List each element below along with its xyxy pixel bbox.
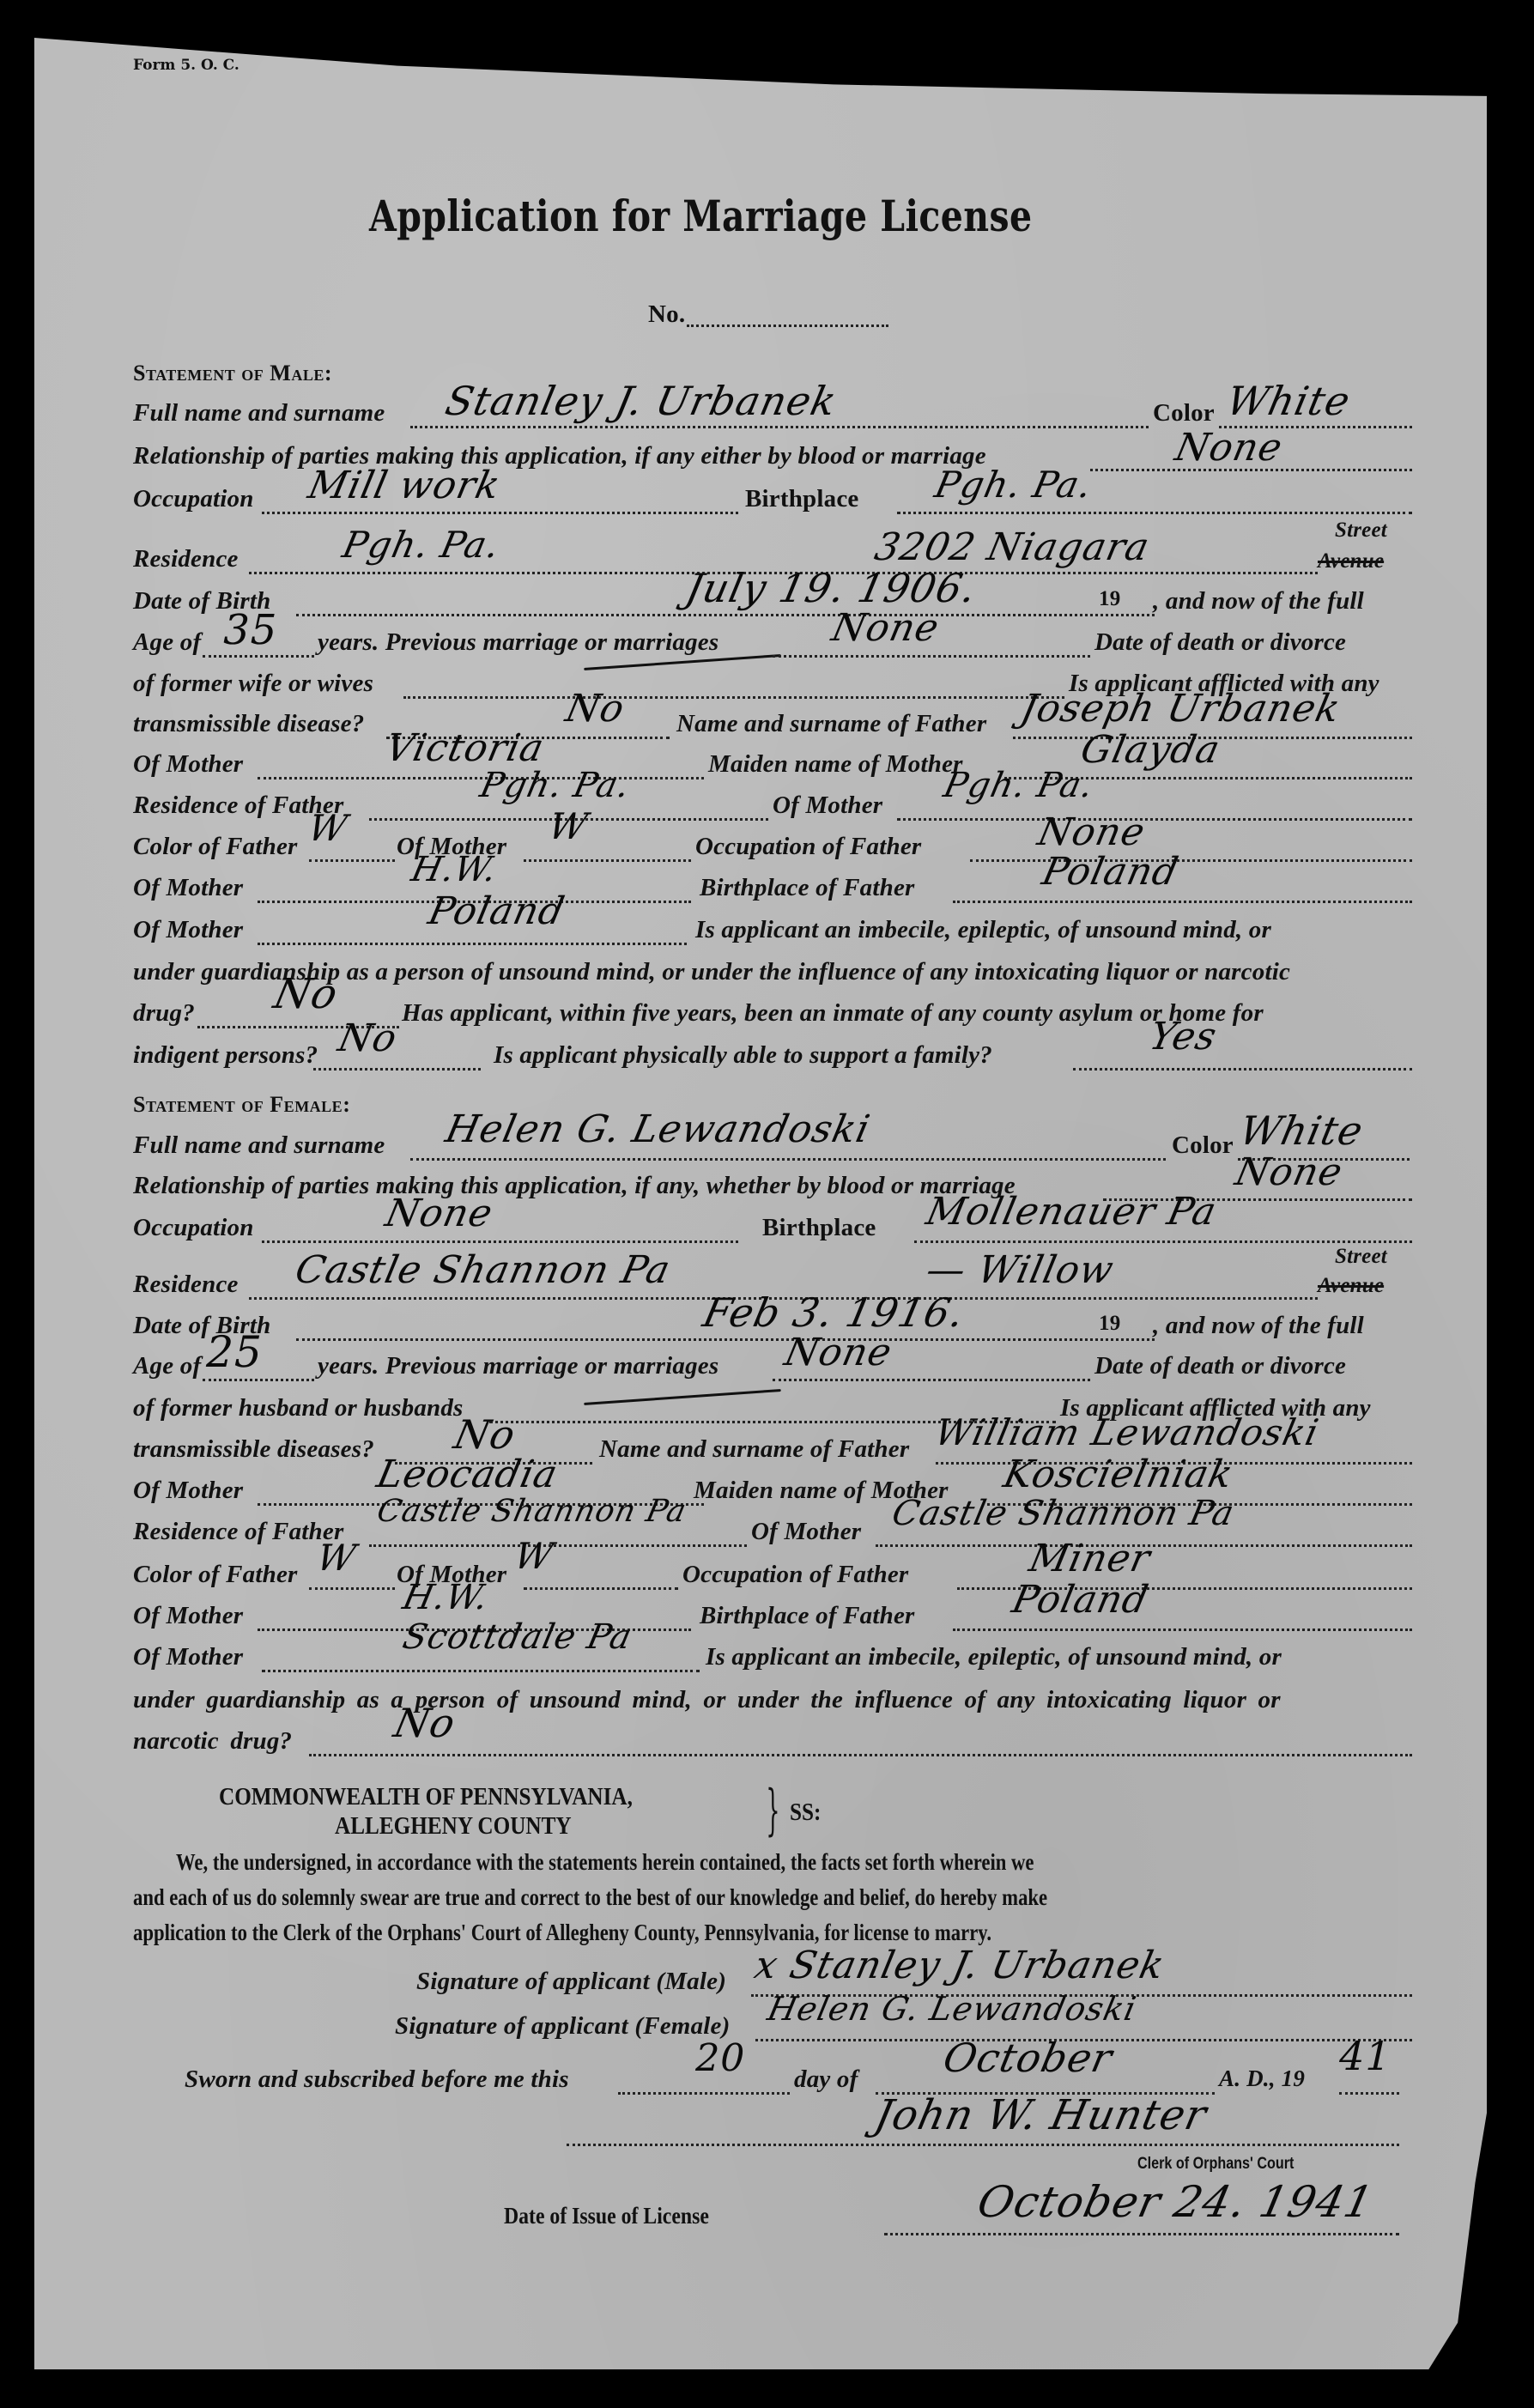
male-occupation-mother-value: H.W. — [408, 850, 500, 889]
male-asylum-value: No — [335, 1016, 402, 1060]
male-drug-label: drug? — [133, 999, 195, 1028]
male-residence-street-value: 3202 Niagara — [871, 525, 1154, 569]
male-residence-mother-label: Of Mother — [773, 792, 882, 820]
female-full-name-field[interactable] — [410, 1158, 1166, 1161]
male-dob-suffix: , and now of the full — [1153, 587, 1364, 616]
male-color-label: Color — [1153, 399, 1215, 428]
male-age-value: 35 — [218, 606, 282, 654]
female-dob-suffix: , and now of the full — [1153, 1312, 1364, 1340]
female-imbecile-value: No — [390, 1700, 459, 1746]
issue-date-field[interactable] — [884, 2233, 1399, 2235]
male-imbecile-value: No — [270, 970, 343, 1018]
male-former-spouse-label: of former wife or wives — [133, 670, 373, 698]
male-birthplace-label: Birthplace — [745, 485, 859, 513]
female-transmissible-label: transmissible diseases? — [133, 1435, 374, 1464]
male-birthplace-mother-label: Of Mother — [133, 916, 243, 944]
male-mother-label: Of Mother — [133, 750, 243, 779]
signature-female-label: Signature of applicant (Female) — [395, 2012, 730, 2041]
female-occupation-value: None — [382, 1192, 497, 1235]
female-occupation-mother-label: Of Mother — [133, 1602, 243, 1630]
brace-mark: } — [766, 1779, 779, 1842]
male-support-field[interactable] — [1073, 1068, 1412, 1071]
female-color-label: Color — [1172, 1131, 1234, 1160]
male-dob-field[interactable] — [296, 614, 1155, 616]
sworn-label: Sworn and subscribed before me this — [185, 2065, 569, 2094]
issue-date-label: Date of Issue of License — [504, 2203, 709, 2229]
license-number-label: No. — [648, 300, 685, 329]
female-relationship-value: None — [1232, 1150, 1347, 1194]
female-residence-city-value: Castle Shannon Pa — [292, 1248, 675, 1292]
male-color-value: White — [1222, 378, 1355, 424]
female-occupation-mother-value: H.W. — [399, 1578, 492, 1617]
male-former-spouse-field[interactable] — [403, 696, 1064, 699]
male-relationship-label: Relationship of parties making this appl… — [133, 442, 986, 470]
female-color-mother-field[interactable] — [524, 1587, 678, 1590]
male-maiden-mother-value: Glayda — [1077, 728, 1225, 772]
male-color-father-label: Color of Father — [133, 833, 298, 861]
signature-male-value: x Stanley J. Urbanek — [751, 1944, 1169, 1987]
female-occupation-father-label: Occupation of Father — [682, 1561, 908, 1589]
female-residence-father-label: Residence of Father — [133, 1518, 343, 1546]
male-dob-year-prefix: 19 — [1099, 587, 1120, 611]
male-birthplace-mother-field[interactable] — [258, 943, 687, 945]
male-residence-mother-field[interactable] — [897, 818, 1412, 821]
signature-female-value: Helen G. Lewandoski — [764, 1990, 1140, 2028]
female-color-value: White — [1235, 1107, 1367, 1154]
male-occupation-mother-label: Of Mother — [133, 874, 243, 902]
clerk-signature-field[interactable] — [567, 2144, 1399, 2146]
male-indigent-label: indigent persons? — [133, 1041, 318, 1070]
female-residence-label: Residence — [133, 1271, 239, 1299]
female-color-father-label: Color of Father — [133, 1561, 298, 1589]
female-full-name-label: Full name and surname — [133, 1131, 385, 1160]
male-age-field[interactable] — [203, 655, 314, 658]
male-residence-label: Residence — [133, 545, 239, 573]
female-birthplace-father-value: Poland — [1009, 1578, 1153, 1622]
male-color-mother-field[interactable] — [524, 859, 691, 862]
male-avenue-label: Avenue — [1318, 549, 1384, 573]
jurisdiction-line-2: ALLEGHENY COUNTY — [335, 1813, 572, 1841]
clerk-signature-value: John W. Hunter — [870, 2091, 1211, 2139]
male-imbecile-question-1: Is applicant an imbecile, epileptic, of … — [695, 916, 1271, 944]
license-number-field[interactable] — [687, 325, 888, 327]
male-birthplace-field[interactable] — [897, 512, 1412, 514]
female-birthplace-field[interactable] — [914, 1240, 1412, 1243]
male-previous-marriage-field[interactable] — [773, 655, 1090, 658]
female-residence-mother-value: Castle Shannon Pa — [888, 1494, 1238, 1533]
female-residence-father-field[interactable] — [369, 1544, 747, 1547]
female-birthplace-label: Birthplace — [762, 1214, 876, 1242]
female-imbecile-question-1: Is applicant an imbecile, epileptic, of … — [706, 1643, 1282, 1671]
male-occupation-father-field[interactable] — [970, 859, 1412, 862]
female-birthplace-value: Mollenauer Pa — [923, 1190, 1221, 1234]
female-residence-father-value: Castle Shannon Pa — [374, 1494, 690, 1529]
female-age-field[interactable] — [203, 1379, 314, 1381]
female-imbecile-question-2: under guardianship as a person of unsoun… — [133, 1686, 1281, 1714]
male-birthplace-father-label: Birthplace of Father — [700, 874, 915, 902]
female-mother-label: Of Mother — [133, 1477, 243, 1505]
male-occupation-value: Mill work — [305, 464, 505, 507]
male-street-label: Street — [1335, 519, 1387, 543]
male-birthplace-value: Pgh. Pa. — [931, 464, 1096, 506]
female-residence-street-value: — Willow — [923, 1248, 1119, 1292]
male-dob-value: July 19. 1906. — [682, 565, 980, 611]
sworn-year-field[interactable] — [1339, 2092, 1399, 2095]
male-support-value: Yes — [1146, 1015, 1222, 1058]
female-birthplace-mother-value: Scottdale Pa — [399, 1617, 635, 1657]
signature-male-label: Signature of applicant (Male) — [416, 1968, 726, 1996]
sworn-day-field[interactable] — [618, 2092, 790, 2095]
female-age-label: Age of — [133, 1352, 201, 1380]
female-dob-field[interactable] — [296, 1338, 1155, 1341]
male-relationship-value: None — [1172, 426, 1287, 470]
female-full-name-value: Helen G. Lewandoski — [442, 1107, 875, 1151]
sworn-day-value: 20 — [691, 2036, 750, 2080]
male-mother-value: Victoria — [382, 726, 549, 770]
male-residence-mother-value: Pgh. Pa. — [940, 766, 1097, 805]
male-previous-marriage-label: years. Previous marriage or marriages — [318, 628, 718, 657]
female-death-divorce-label: Date of death or divorce — [1094, 1352, 1346, 1380]
female-residence-mother-label: Of Mother — [751, 1518, 861, 1546]
female-age-value: 25 — [201, 1327, 268, 1377]
male-section-title: Statement of Male: — [133, 361, 332, 386]
male-occupation-father-label: Occupation of Father — [695, 833, 921, 861]
male-residence-father-value: Pgh. Pa. — [476, 766, 634, 805]
female-birthplace-mother-field[interactable] — [262, 1670, 700, 1672]
female-occupation-father-value: Miner — [1026, 1537, 1155, 1580]
male-full-name-field[interactable] — [410, 426, 1149, 428]
oath-paragraph-line-2: and each of us do solemnly swear are tru… — [133, 1884, 1047, 1911]
male-birthplace-father-field[interactable] — [953, 901, 1412, 903]
female-dob-value: Feb 3. 1916. — [699, 1289, 968, 1336]
male-birthplace-father-value: Poland — [1039, 850, 1183, 894]
male-full-name-label: Full name and surname — [133, 399, 385, 428]
oath-paragraph-line-3: application to the Clerk of the Orphans'… — [133, 1920, 991, 1946]
clerk-label: Clerk of Orphans' Court — [1137, 2155, 1294, 2174]
male-occupation-label: Occupation — [133, 485, 254, 513]
female-former-spouse-label: of former husband or husbands — [133, 1394, 464, 1422]
male-transmissible-value: No — [562, 687, 629, 731]
female-father-name-value: William Lewandoski — [931, 1411, 1323, 1453]
male-previous-marriage-value: None — [828, 606, 943, 650]
form-number: Form 5. O. C. — [133, 57, 239, 74]
female-previous-marriage-field[interactable] — [773, 1379, 1090, 1381]
female-drug-label: narcotic drug? — [133, 1727, 292, 1756]
male-father-name-value: Joseph Urbanek — [1017, 687, 1345, 731]
male-transmissible-label: transmissible disease? — [133, 710, 364, 738]
male-occupation-father-value: None — [1034, 810, 1149, 854]
male-maiden-mother-label: Maiden name of Mother — [708, 750, 963, 779]
sworn-year-value: 41 — [1334, 2033, 1396, 2079]
male-death-divorce-label: Date of death or divorce — [1094, 628, 1346, 657]
female-previous-marriage-value: None — [781, 1331, 896, 1374]
female-relationship-label: Relationship of parties making this appl… — [133, 1172, 1016, 1200]
female-dob-year-prefix: 19 — [1099, 1312, 1120, 1336]
female-transmissible-value: No — [450, 1411, 519, 1458]
male-mother-field[interactable] — [258, 777, 704, 779]
oath-paragraph-line-1: We, the undersigned, in accordance with … — [176, 1849, 1034, 1876]
male-asylum-field[interactable] — [313, 1068, 481, 1071]
female-color-father-field[interactable] — [309, 1587, 395, 1590]
female-maiden-mother-value: Koscielniak — [1000, 1453, 1238, 1496]
male-residence-city-value: Pgh. Pa. — [339, 524, 504, 566]
male-support-question: Is applicant physically able to support … — [494, 1041, 992, 1070]
female-father-name-label: Name and surname of Father — [599, 1435, 909, 1464]
female-mother-value: Leocadia — [373, 1453, 562, 1496]
female-previous-marriage-label: years. Previous marriage or marriages — [318, 1352, 718, 1380]
female-section-title: Statement of Female: — [133, 1092, 350, 1118]
male-asylum-question: Has applicant, within five years, been a… — [402, 999, 1264, 1028]
male-age-label: Age of — [133, 628, 201, 657]
issue-date-value: October 24. 1941 — [973, 2177, 1379, 2227]
female-street-label: Street — [1335, 1245, 1387, 1269]
female-avenue-label: Avenue — [1318, 1274, 1384, 1298]
page-title: Application for Marriage License — [369, 191, 1033, 241]
male-color-father-field[interactable] — [309, 859, 395, 862]
female-occupation-label: Occupation — [133, 1214, 254, 1242]
ss-label: SS: — [790, 1799, 821, 1827]
female-occupation-field[interactable] — [262, 1240, 738, 1243]
male-full-name-value: Stanley J. Urbanek — [441, 378, 841, 424]
sworn-month-value: October — [939, 2035, 1117, 2081]
female-birthplace-mother-label: Of Mother — [133, 1643, 243, 1671]
ad-label: A. D., 19 — [1219, 2065, 1305, 2092]
male-father-name-label: Name and surname of Father — [676, 710, 986, 738]
day-of-label: day of — [794, 2065, 858, 2094]
female-imbecile-field[interactable] — [309, 1754, 1412, 1756]
male-occupation-field[interactable] — [262, 512, 738, 514]
jurisdiction-line-1: COMMONWEALTH OF PENNSYLVANIA, — [219, 1784, 633, 1811]
female-birthplace-father-label: Birthplace of Father — [700, 1602, 915, 1630]
male-birthplace-mother-value: Poland — [425, 889, 569, 933]
female-birthplace-father-field[interactable] — [953, 1629, 1412, 1631]
